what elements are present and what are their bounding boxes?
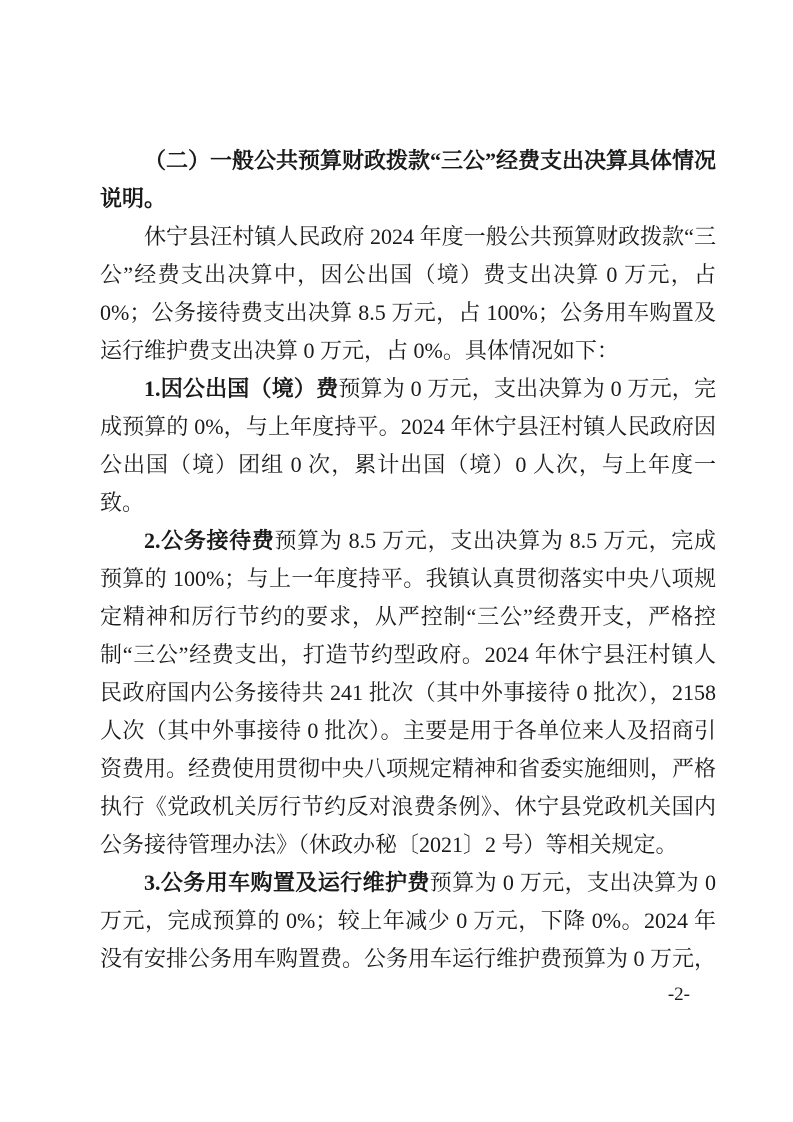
- document-page: （二）一般公共预算财政拨款“三公”经费支出决算具体情况说明。 休宁县汪村镇人民政…: [0, 0, 793, 1122]
- paragraph-overseas-trips-lead: 1.因公出国（境）费: [144, 376, 338, 401]
- paragraph-official-vehicle: 3.公务用车购置及运行维护费预算为 0 万元，支出决算为 0 万元，完成预算的 …: [100, 864, 716, 978]
- paragraph-official-reception: 2.公务接待费预算为 8.5 万元，支出决算为 8.5 万元，完成预算的 100…: [100, 522, 716, 864]
- paragraph-official-reception-lead: 2.公务接待费: [144, 528, 274, 553]
- intro-paragraph: 休宁县汪村镇人民政府 2024 年度一般公共预算财政拨款“三公”经费支出决算中，…: [100, 218, 716, 370]
- page-number: -2-: [668, 983, 690, 1007]
- intro-paragraph-text: 休宁县汪村镇人民政府 2024 年度一般公共预算财政拨款“三公”经费支出决算中，…: [100, 224, 716, 363]
- section-heading: （二）一般公共预算财政拨款“三公”经费支出决算具体情况说明。: [100, 142, 716, 218]
- paragraph-official-vehicle-lead: 3.公务用车购置及运行维护费: [144, 870, 430, 895]
- paragraph-overseas-trips: 1.因公出国（境）费预算为 0 万元，支出决算为 0 万元，完成预算的 0%，与…: [100, 370, 716, 522]
- paragraph-official-reception-text: 预算为 8.5 万元，支出决算为 8.5 万元，完成预算的 100%；与上一年度…: [100, 528, 716, 857]
